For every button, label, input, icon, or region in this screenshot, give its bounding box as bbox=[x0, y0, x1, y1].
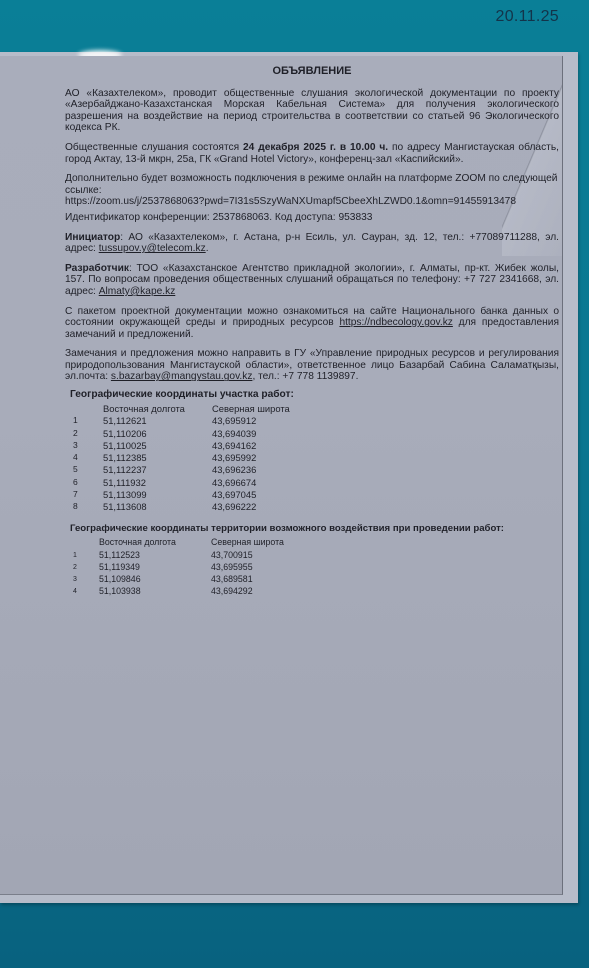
developer-email-link[interactable]: Almaty@kape.kz bbox=[99, 286, 176, 297]
ndbecology-link[interactable]: https://ndbecology.gov.kz bbox=[339, 317, 452, 328]
hearing-datetime: 24 декабря 2025 г. в 10.00 ч. bbox=[243, 142, 388, 153]
longitude-cell: 51,112523 bbox=[99, 549, 211, 561]
table-row: 151,11262143,695912 bbox=[73, 415, 332, 427]
longitude-cell: 51,119349 bbox=[99, 562, 211, 574]
impact-area-title: Географические координаты территории воз… bbox=[70, 523, 549, 535]
longitude-cell: 51,113099 bbox=[103, 489, 212, 501]
latitude-cell: 43,694039 bbox=[212, 427, 332, 439]
longitude-cell: 51,112237 bbox=[103, 464, 212, 476]
longitude-cell: 51,112385 bbox=[103, 452, 212, 464]
latitude-cell: 43,697045 bbox=[212, 489, 332, 501]
row-number: 2 bbox=[73, 427, 103, 439]
comments-email-link[interactable]: s.bazarbay@mangystau.gov.kz bbox=[111, 371, 253, 382]
row-number: 1 bbox=[73, 415, 103, 427]
latitude-cell: 43,700915 bbox=[211, 549, 331, 561]
initiator-email-link[interactable]: tussupov.y@telecom.kz bbox=[99, 243, 206, 254]
comments-end: , тел.: +7 778 1139897. bbox=[252, 371, 358, 382]
conference-id: Идентификатор конференции: 2537868063. К… bbox=[65, 212, 559, 224]
table-row: 651,11193243,696674 bbox=[73, 476, 332, 488]
longitude-cell: 51,110206 bbox=[103, 427, 212, 439]
notice-title: ОБЪЯВЛЕНИЕ bbox=[65, 66, 559, 78]
work-site-title: Географические координаты участка работ: bbox=[70, 389, 559, 401]
header-latitude: Северная широта bbox=[212, 403, 332, 415]
row-number: 3 bbox=[73, 440, 103, 452]
row-number: 4 bbox=[73, 586, 99, 598]
longitude-cell: 51,109846 bbox=[99, 574, 211, 586]
developer-label: Разработчик bbox=[65, 263, 129, 274]
intro-paragraph: АО «Казахтелеком», проводит общественные… bbox=[65, 88, 559, 134]
table-row: 751,11309943,697045 bbox=[73, 489, 332, 501]
longitude-cell: 51,113608 bbox=[103, 501, 212, 513]
latitude-cell: 43,694292 bbox=[211, 586, 331, 598]
table-row: 151,11252343,700915 bbox=[73, 549, 331, 561]
documentation-paragraph: С пакетом проектной документации можно о… bbox=[65, 306, 559, 341]
developer-paragraph: Разработчик: ТОО «Казахстанское Агентств… bbox=[65, 263, 559, 298]
longitude-cell: 51,112621 bbox=[103, 415, 212, 427]
initiator-end: . bbox=[206, 243, 209, 254]
longitude-cell: 51,111932 bbox=[103, 476, 212, 488]
latitude-cell: 43,696222 bbox=[212, 501, 332, 513]
online-paragraph: Дополнительно будет возможность подключе… bbox=[65, 173, 559, 208]
row-number: 8 bbox=[73, 501, 103, 513]
row-number: 6 bbox=[73, 476, 103, 488]
hearing-paragraph: Общественные слушания состоятся 24 декаб… bbox=[65, 142, 559, 165]
table-row: 251,11934943,695955 bbox=[73, 562, 331, 574]
comments-paragraph: Замечания и предложения можно направить … bbox=[65, 348, 559, 383]
table-row: 451,10393843,694292 bbox=[73, 586, 331, 598]
table-row: 351,10984643,689581 bbox=[73, 574, 331, 586]
impact-area-coordinates: Географические координаты территории воз… bbox=[65, 523, 559, 598]
header-longitude: Восточная долгота bbox=[103, 403, 212, 415]
latitude-cell: 43,694162 bbox=[212, 440, 332, 452]
latitude-cell: 43,695955 bbox=[211, 562, 331, 574]
longitude-cell: 51,110025 bbox=[103, 440, 212, 452]
impact-area-table: Восточная долгота Северная широта 151,11… bbox=[73, 537, 331, 598]
work-site-table: Восточная долгота Северная широта 151,11… bbox=[73, 403, 332, 514]
table-header-row: Восточная долгота Северная широта bbox=[73, 403, 332, 415]
latitude-cell: 43,695992 bbox=[212, 452, 332, 464]
table-row: 251,11020643,694039 bbox=[73, 427, 332, 439]
online-text: Дополнительно будет возможность подключе… bbox=[65, 173, 557, 196]
table-row: 351,11002543,694162 bbox=[73, 440, 332, 452]
longitude-cell: 51,103938 bbox=[99, 586, 211, 598]
row-number: 7 bbox=[73, 489, 103, 501]
initiator-paragraph: Инициатор: АО «Казахтелеком», г. Астана,… bbox=[65, 232, 559, 255]
table-row: 451,11238543,695992 bbox=[73, 452, 332, 464]
photo-date-stamp: 20.11.25 bbox=[496, 8, 560, 26]
table-header-row: Восточная долгота Северная широта bbox=[73, 537, 331, 549]
row-number: 3 bbox=[73, 574, 99, 586]
latitude-cell: 43,696674 bbox=[212, 476, 332, 488]
row-number: 2 bbox=[73, 562, 99, 574]
work-site-coordinates: Географические координаты участка работ:… bbox=[65, 389, 559, 513]
latitude-cell: 43,696236 bbox=[212, 464, 332, 476]
row-number: 5 bbox=[73, 464, 103, 476]
table-row: 851,11360843,696222 bbox=[73, 501, 332, 513]
header-latitude: Северная широта bbox=[211, 537, 331, 549]
notice-content: ОБЪЯВЛЕНИЕ АО «Казахтелеком», проводит о… bbox=[65, 66, 559, 598]
initiator-label: Инициатор bbox=[65, 232, 120, 243]
row-number: 1 bbox=[73, 549, 99, 561]
latitude-cell: 43,695912 bbox=[212, 415, 332, 427]
hearing-prefix: Общественные слушания состоятся bbox=[65, 142, 243, 153]
header-longitude: Восточная долгота bbox=[99, 537, 211, 549]
latitude-cell: 43,689581 bbox=[211, 574, 331, 586]
row-number: 4 bbox=[73, 452, 103, 464]
zoom-link[interactable]: https://zoom.us/j/2537868063?pwd=7I31s5S… bbox=[65, 196, 516, 207]
table-row: 551,11223743,696236 bbox=[73, 464, 332, 476]
